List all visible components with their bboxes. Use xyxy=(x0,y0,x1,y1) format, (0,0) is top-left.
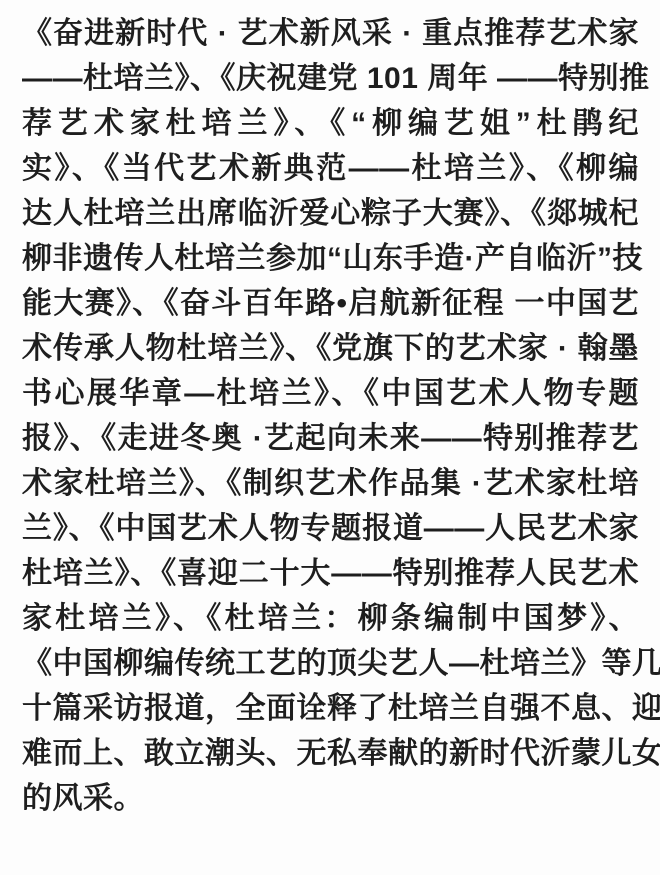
text-line-last: 的风采。 xyxy=(22,776,639,821)
text-line: 十篇采访报道，全面诠释了杜培兰自强不息、迎 xyxy=(22,686,639,731)
text-line: 难而上、敢立潮头、无私奉献的新时代沂蒙儿女 xyxy=(22,731,639,776)
text-line: 术传承人物杜培兰》、《党旗下的艺术家 · 翰墨 xyxy=(22,326,639,371)
text-line: ——杜培兰》、《庆祝建党 101 周年 ——特别推 xyxy=(22,56,639,101)
text-line: 术家杜培兰》、《制织艺术作品集 ·艺术家杜培 xyxy=(22,461,639,506)
text-line: 能大赛》、《奋斗百年路•启航新征程 一中国艺 xyxy=(22,281,639,326)
text-line: 《中国柳编传统工艺的顶尖艺人—杜培兰》等几 xyxy=(22,641,639,686)
text-line: 书心展华章—杜培兰》、《中国艺术人物专题 xyxy=(22,371,639,416)
text-line: 《奋进新时代 · 艺术新风采 · 重点推荐艺术家 xyxy=(22,11,639,56)
text-line: 达人杜培兰出席临沂爱心粽子大赛》、《郯城杞 xyxy=(22,191,639,236)
text-line: 荐艺术家杜培兰》、《“柳编艺姐”杜鹃纪 xyxy=(22,101,639,146)
text-line: 柳非遗传人杜培兰参加“山东手造·产自临沂”技 xyxy=(22,236,639,281)
article-text-block: 《奋进新时代 · 艺术新风采 · 重点推荐艺术家 ——杜培兰》、《庆祝建党 10… xyxy=(0,0,660,821)
text-line: 家杜培兰》、《杜培兰：柳条编制中国梦》、 xyxy=(22,596,639,641)
text-line: 兰》、《中国艺术人物专题报道——人民艺术家 xyxy=(22,506,639,551)
text-line: 报》、《走进冬奥 ·艺起向未来——特别推荐艺 xyxy=(22,416,639,461)
text-line: 杜培兰》、《喜迎二十大——特别推荐人民艺术 xyxy=(22,551,639,596)
text-line: 实》、《当代艺术新典范——杜培兰》、《柳编 xyxy=(22,146,639,191)
